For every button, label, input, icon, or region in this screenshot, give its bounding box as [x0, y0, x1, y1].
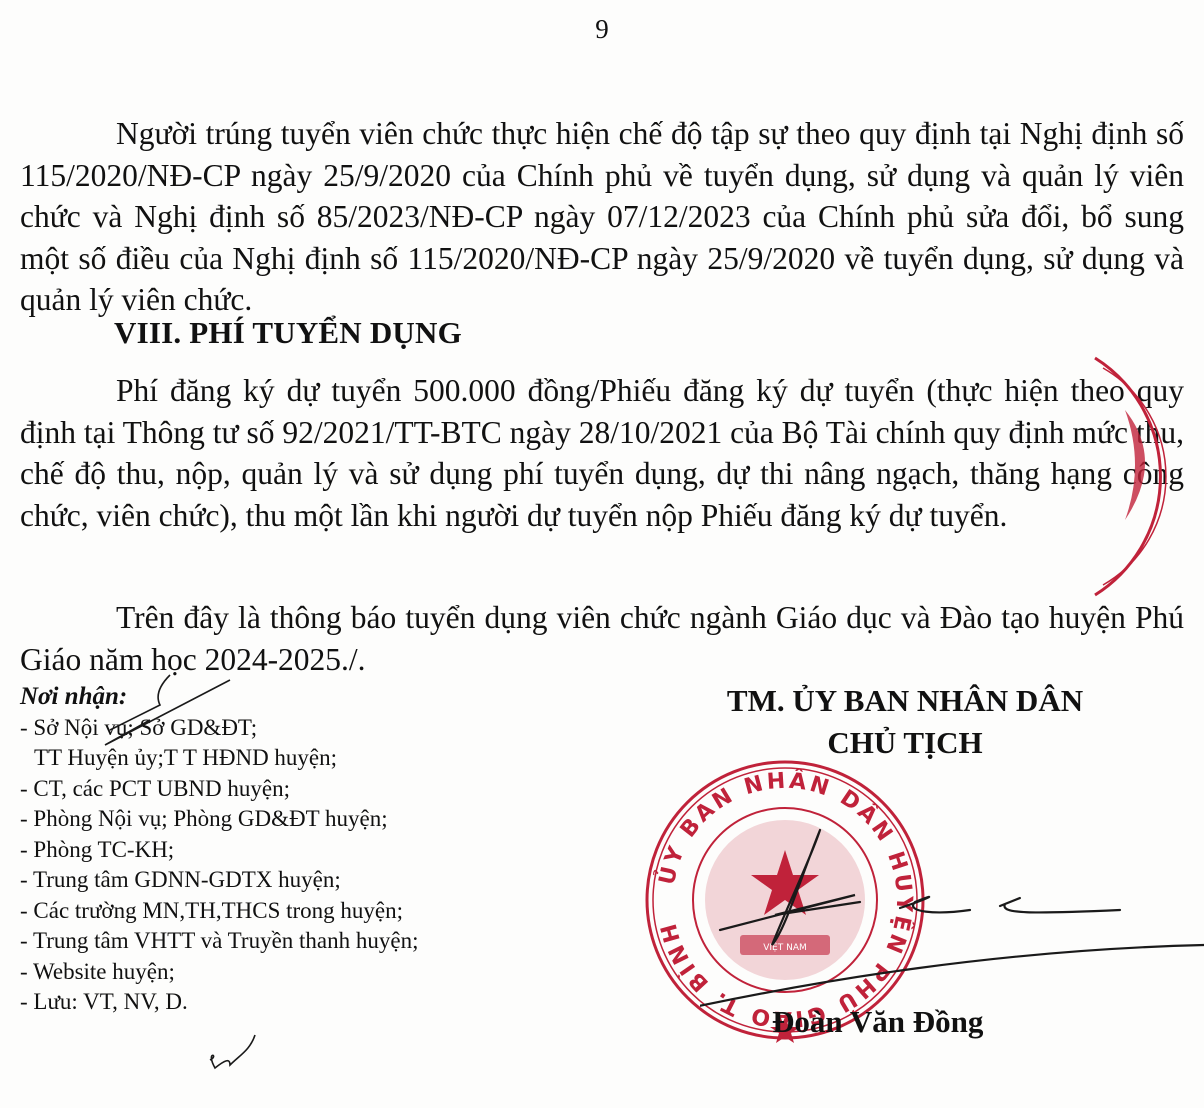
- page-number: 9: [0, 14, 1204, 45]
- recipient-item: - Phòng TC-KH;: [20, 835, 418, 866]
- svg-text:VIỆT NAM: VIỆT NAM: [763, 941, 807, 953]
- paragraph-probation: Người trúng tuyển viên chức thực hiện ch…: [20, 113, 1184, 321]
- recipient-item: - Trung tâm VHTT và Truyền thanh huyện;: [20, 926, 418, 957]
- initial-mark-icon: [200, 1030, 270, 1075]
- recipients-title: Nơi nhận:: [20, 682, 418, 713]
- signature-icon: [700, 820, 1204, 1020]
- recipient-item: - Sở Nội vụ; Sở GD&ĐT;: [20, 713, 418, 744]
- paragraph-fee: Phí đăng ký dự tuyển 500.000 đồng/Phiếu …: [20, 370, 1184, 536]
- recipient-item: TT Huyện ủy;T T HĐND huyện;: [20, 743, 418, 774]
- signing-organization: TM. ỦY BAN NHÂN DÂN: [640, 680, 1170, 722]
- recipient-item: - Lưu: VT, NV, D.: [20, 987, 418, 1018]
- signature-block: TM. ỦY BAN NHÂN DÂN CHỦ TỊCH: [640, 680, 1170, 764]
- paragraph-closing: Trên đây là thông báo tuyển dụng viên ch…: [20, 597, 1184, 680]
- signer-name: Đoàn Văn Đồng: [772, 1004, 983, 1040]
- official-seal-icon: ỦY BAN NHÂN DÂN HUYỆN PHÚ GIÁO T. BÌNH D…: [640, 755, 930, 1045]
- section-heading-recruitment-fee: VIII. PHÍ TUYỂN DỤNG: [114, 315, 462, 351]
- recipients-block: Nơi nhận: - Sở Nội vụ; Sở GD&ĐT; TT Huyệ…: [20, 682, 418, 1018]
- signer-role: CHỦ TỊCH: [640, 722, 1170, 764]
- recipient-item: - CT, các PCT UBND huyện;: [20, 774, 418, 805]
- recipient-item: - Trung tâm GDNN-GDTX huyện;: [20, 865, 418, 896]
- recipient-item: - Website huyện;: [20, 957, 418, 988]
- recipients-list: - Sở Nội vụ; Sở GD&ĐT; TT Huyện ủy;T T H…: [20, 713, 418, 1018]
- recipient-item: - Phòng Nội vụ; Phòng GD&ĐT huyện;: [20, 804, 418, 835]
- svg-text:ỦY BAN NHÂN DÂN HUYỆN PHÚ GIÁO: ỦY BAN NHÂN DÂN HUYỆN PHÚ GIÁO T. BÌNH D…: [640, 755, 917, 1032]
- recipient-item: - Các trường MN,TH,THCS trong huyện;: [20, 896, 418, 927]
